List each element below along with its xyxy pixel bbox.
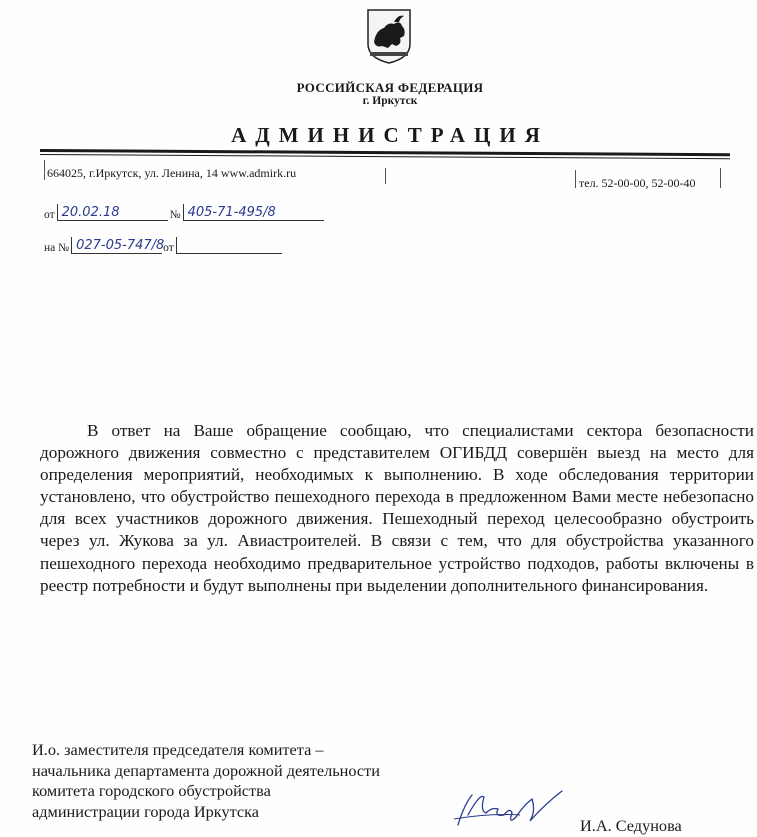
divider — [575, 170, 576, 188]
country-name: РОССИЙСКАЯ ФЕДЕРАЦИЯ — [0, 80, 757, 96]
reply-date-field — [176, 237, 282, 254]
coat-of-arms-icon — [366, 8, 412, 64]
reply-to-label: на № — [44, 242, 69, 254]
reply-to-value: 027-05-747/8 — [76, 238, 164, 253]
date-value: 20.02.18 — [62, 205, 120, 220]
signer-name: И.А. Седунова — [580, 816, 682, 836]
number-field: 405-71-495/8 — [183, 204, 324, 221]
number-label: № — [170, 209, 181, 221]
date-field: 20.02.18 — [57, 204, 168, 221]
position-line: администрации города Иркутска — [32, 802, 380, 823]
divider — [720, 168, 721, 188]
handwritten-signature-icon — [450, 785, 580, 830]
organization-title: АДМИНИСТРАЦИЯ — [0, 123, 757, 148]
date-label: от — [44, 209, 55, 221]
outgoing-registration-row: от 20.02.18 № 405-71-495/8 — [44, 204, 324, 221]
divider — [44, 160, 45, 180]
address-line: 664025, г.Иркутск, ул. Ленина, 14 www.ad… — [47, 166, 296, 181]
letter-page: РОССИЙСКАЯ ФЕДЕРАЦИЯ г. Иркутск АДМИНИСТ… — [0, 0, 757, 837]
reply-to-field: 027-05-747/8 — [71, 237, 162, 254]
divider — [385, 168, 386, 184]
body-paragraph: В ответ на Ваше обращение сообщаю, что с… — [40, 420, 754, 597]
letter-body: В ответ на Ваше обращение сообщаю, что с… — [40, 420, 754, 597]
incoming-reference-row: на № 027-05-747/8 от — [44, 237, 282, 254]
position-line: комитета городского обустройства — [32, 781, 380, 802]
position-line: начальника департамента дорожной деятель… — [32, 761, 380, 782]
phone-line: тел. 52-00-00, 52-00-40 — [579, 176, 696, 191]
signatory-position: И.о. заместителя председателя комитета –… — [32, 740, 380, 822]
city-name: г. Иркутск — [0, 95, 757, 107]
position-line: И.о. заместителя председателя комитета – — [32, 740, 380, 761]
number-value: 405-71-495/8 — [188, 205, 276, 220]
reply-date-label: от — [163, 242, 174, 254]
